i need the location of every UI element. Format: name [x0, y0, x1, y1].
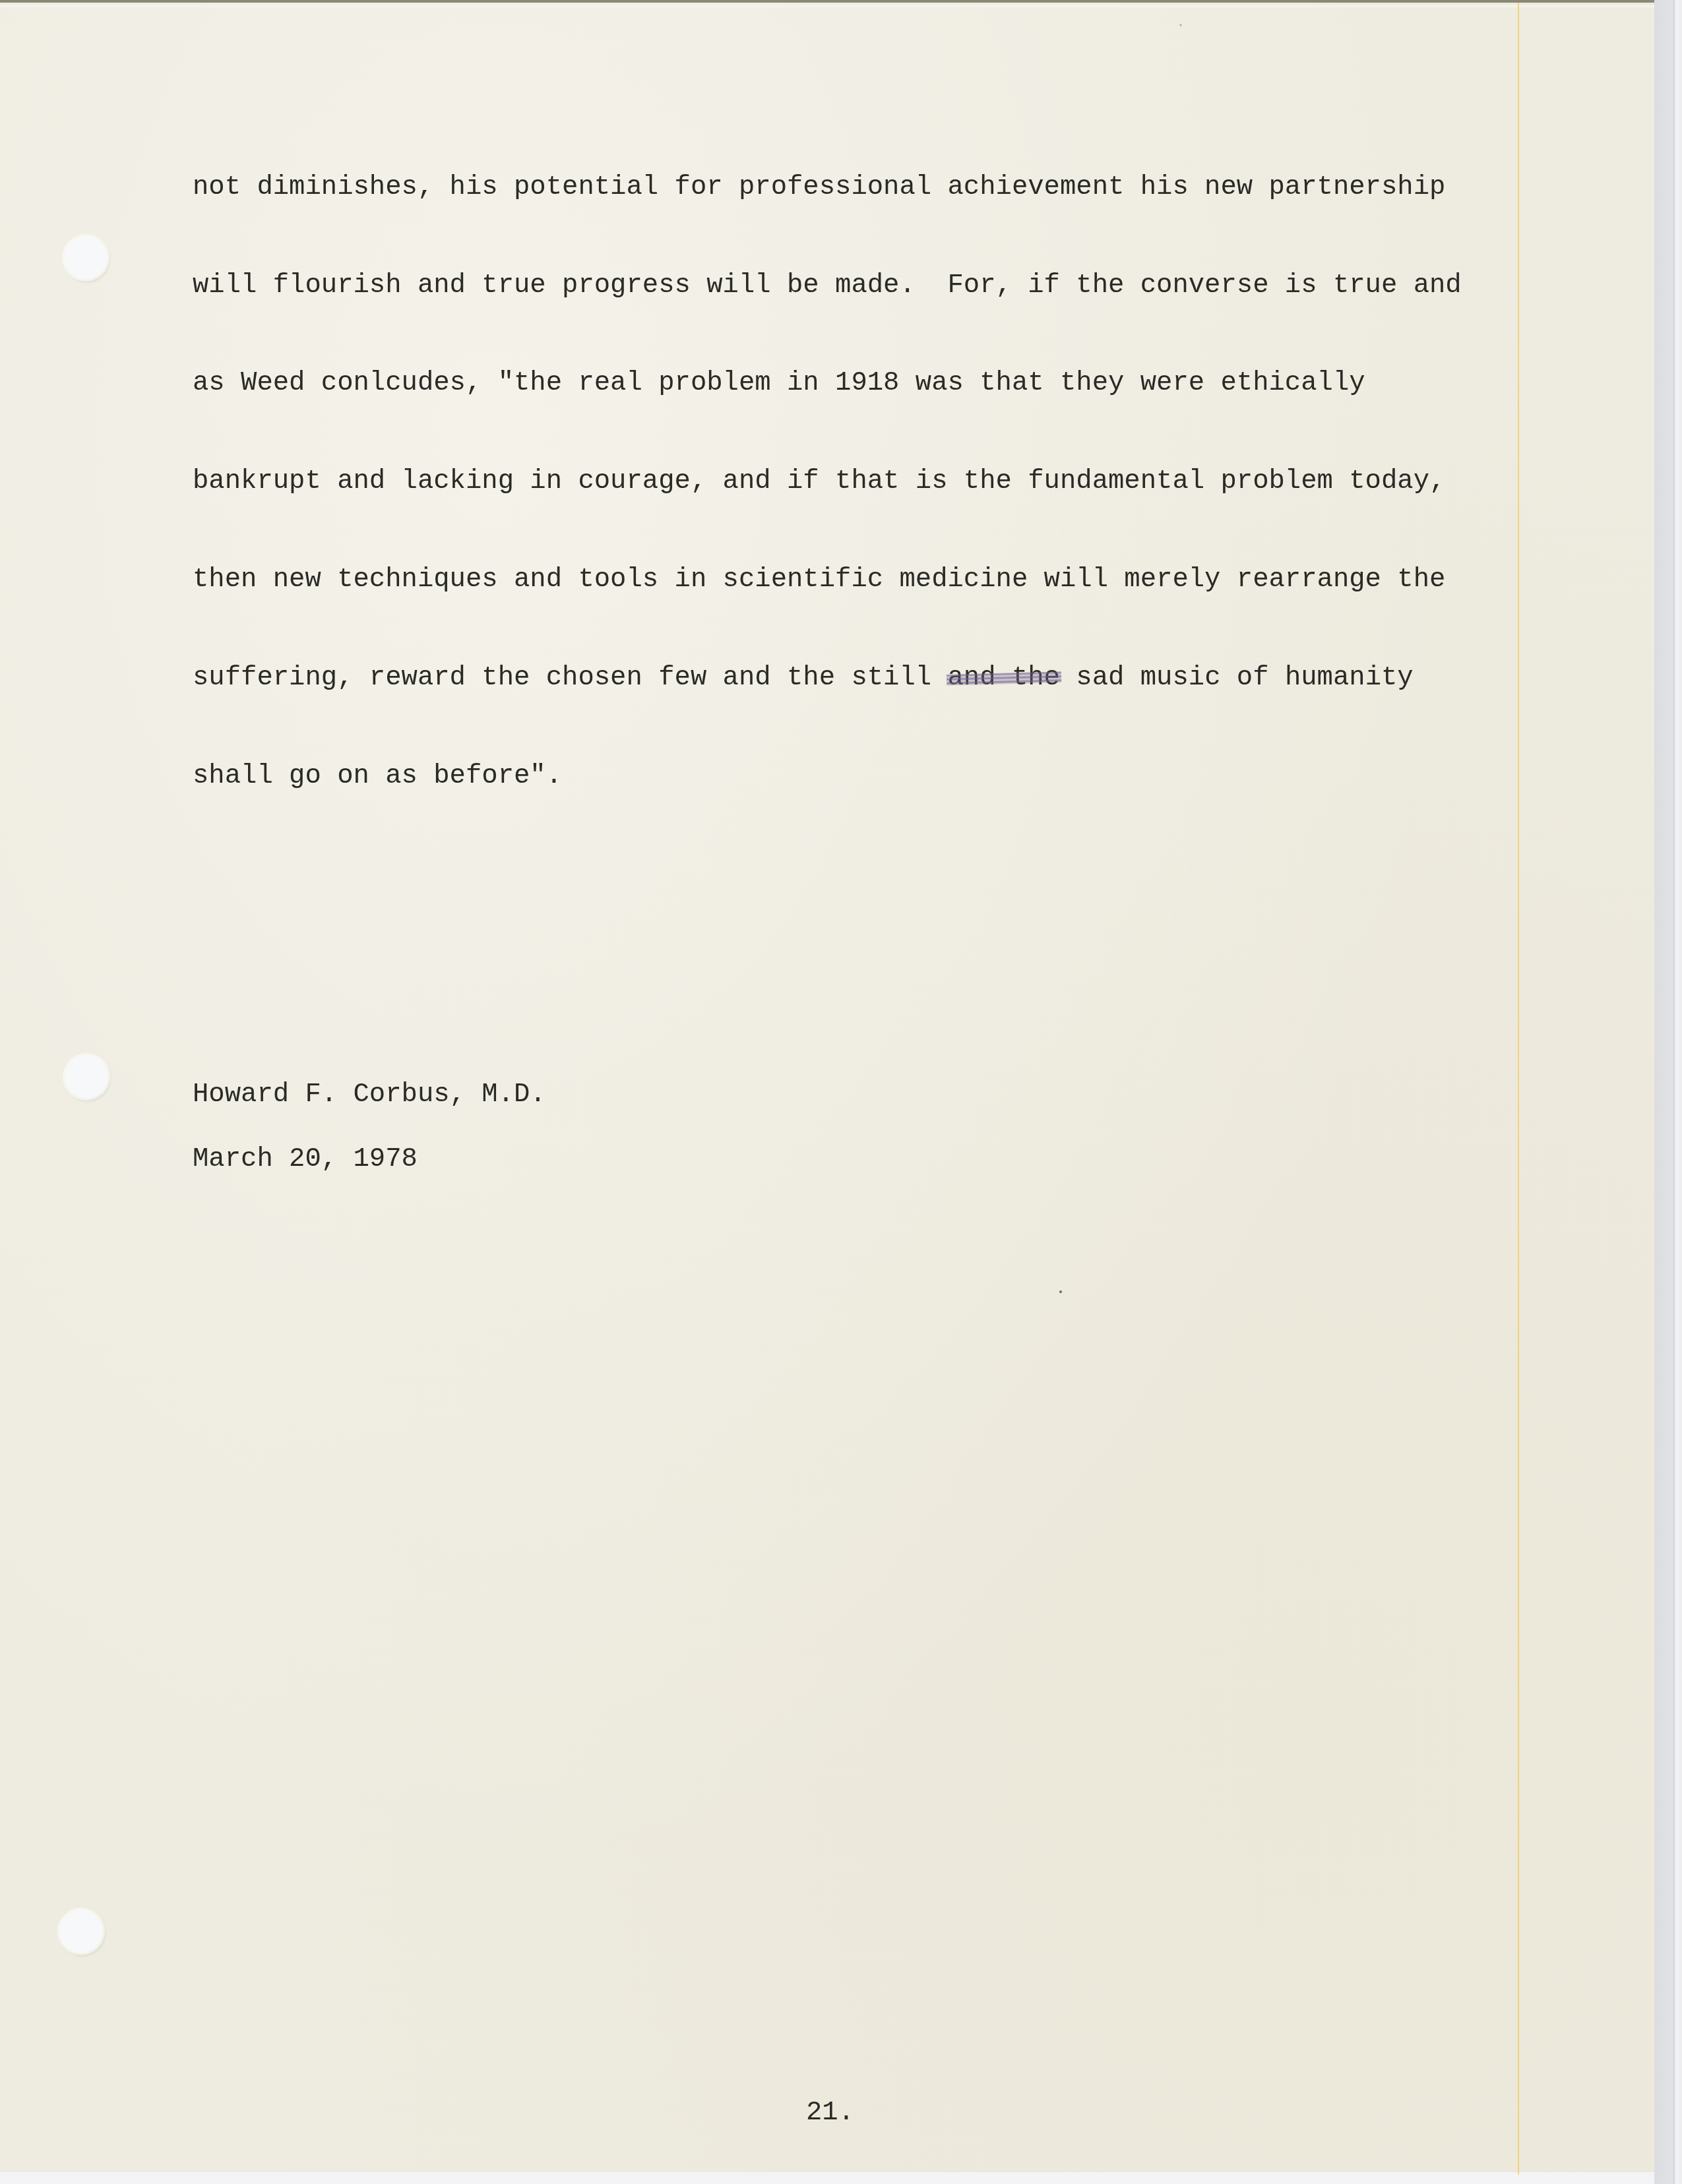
body-line: not diminishes, his potential for profes…	[193, 174, 1445, 201]
line-text-after-strike: sad music of humanity	[1060, 663, 1414, 693]
line-text-before-strike: suffering, reward the chosen few and the…	[193, 663, 948, 693]
page-number: 21.	[806, 2100, 854, 2127]
body-line: then new techniques and tools in scienti…	[193, 566, 1445, 593]
right-margin-rule	[1518, 3, 1519, 2175]
punch-hole-top	[64, 236, 108, 280]
body-line: shall go on as before".	[193, 763, 562, 790]
punch-hole-middle	[65, 1055, 108, 1099]
body-line: as Weed conlcudes, "the real problem in …	[193, 370, 1365, 397]
signature-date: March 20, 1978	[193, 1146, 418, 1173]
paper-speck	[1059, 1290, 1062, 1293]
author-name: Howard F. Corbus, M.D.	[193, 1081, 546, 1108]
paper-speck	[1179, 24, 1182, 26]
struck-through-text: and the	[948, 665, 1060, 692]
scanner-background-bottom	[0, 2172, 1654, 2184]
body-line: bankrupt and lacking in courage, and if …	[193, 468, 1445, 495]
page-top-edge	[0, 5, 1654, 7]
body-line-with-correction: suffering, reward the chosen few and the…	[193, 665, 1414, 692]
body-line: will flourish and true progress will be …	[193, 272, 1462, 299]
typed-page: not diminishes, his potential for profes…	[0, 0, 1654, 2172]
punch-hole-bottom	[59, 1910, 103, 1953]
scanner-background-edge	[1654, 0, 1682, 2184]
